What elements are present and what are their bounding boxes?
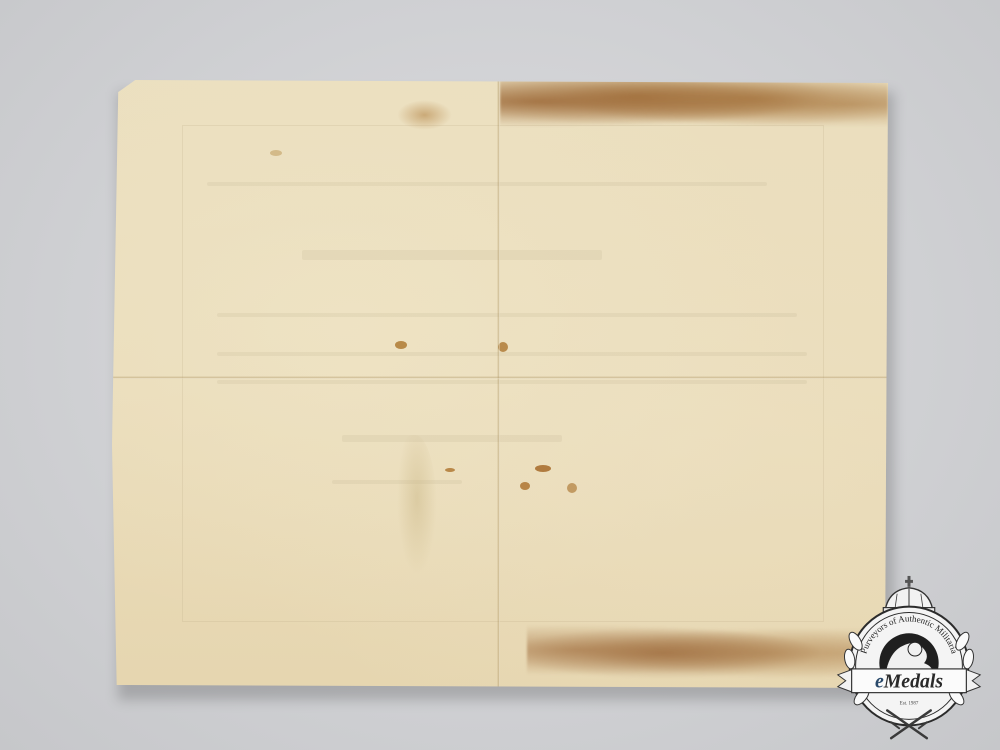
brand-name-text: eMedals [875,671,943,693]
show-through-text-line [217,352,807,356]
horizontal-fold-crease [112,376,888,379]
foxing-spot [445,468,455,472]
foxing-spot [395,341,407,349]
top-edge-stain [500,80,888,134]
show-through-text-line [217,313,797,317]
foxing-spot [270,150,282,156]
foxing-spot [535,465,551,472]
corner-stain [397,100,452,130]
show-through-text-line [302,250,602,260]
show-through-text-line [217,380,807,384]
bottom-edge-stain [527,620,867,680]
emedals-watermark-logo: Purveyors of Authentic Militaria eMedals… [818,572,1000,750]
show-through-text-line [342,435,562,442]
foxing-spot [567,483,577,493]
show-through-text-line [207,182,767,186]
show-through-border [182,125,824,622]
established-text: Est. 1987 [900,702,919,707]
vertical-fold-crease [497,80,500,688]
foxing-spot [520,482,530,490]
document-paper [112,80,888,688]
